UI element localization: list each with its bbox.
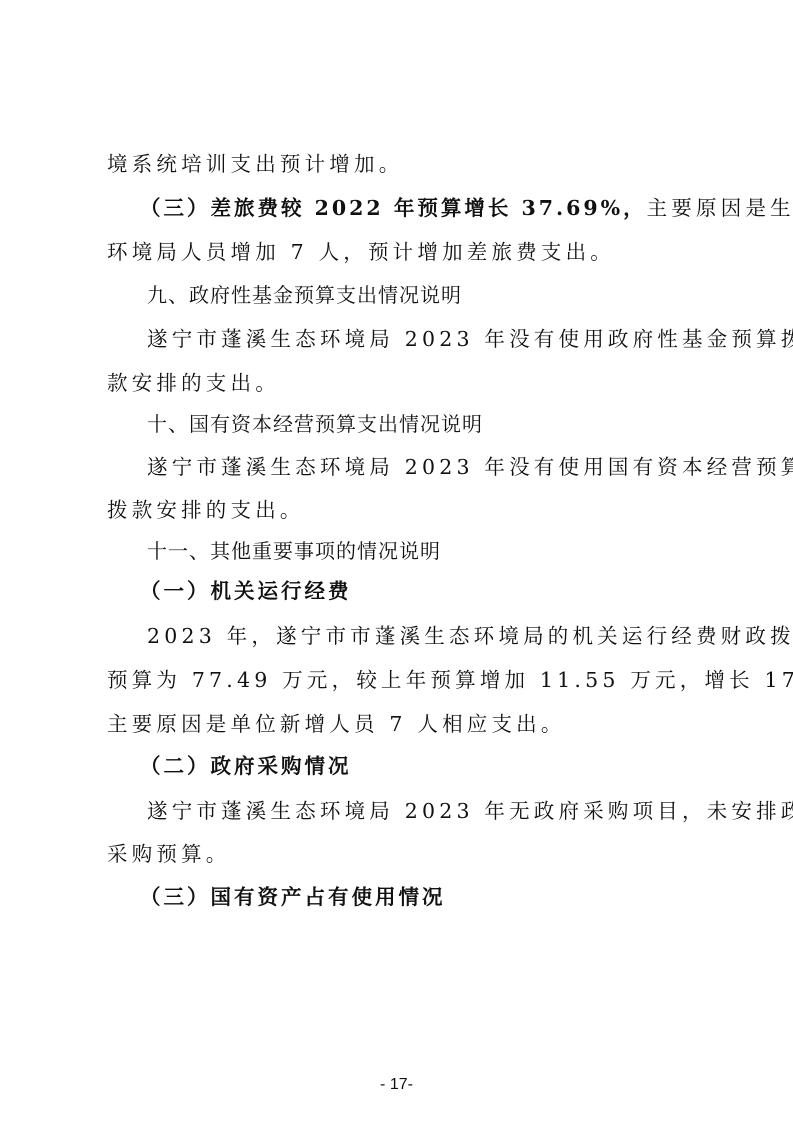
section-heading-10: 十、国有资本经营预算支出情况说明	[147, 410, 483, 438]
page-number: - 17-	[0, 1076, 793, 1094]
paragraph-line: 遂宁市蓬溪生态环境局 2023 年没有使用国有资本经营预算	[147, 453, 793, 481]
paragraph-line: 主要原因是单位新增人员 7 人相应支出。	[107, 710, 566, 738]
paragraph-line: 环境局人员增加 7 人，预计增加差旅费支出。	[107, 238, 615, 266]
subheading-bold-text: （三）差旅费较 2022 年预算增长 37.69%，	[140, 196, 647, 220]
subheading-operating-funds: （一）机关运行经费	[140, 577, 352, 605]
paragraph-line: 采购预算。	[107, 840, 231, 868]
section-heading-11: 十一、其他重要事项的情况说明	[147, 537, 441, 565]
paragraph-line: 2023 年，遂宁市市蓬溪生态环境局的机关运行经费财政拨款	[147, 622, 793, 650]
paragraph-line: 款安排的支出。	[107, 369, 280, 397]
paragraph-line: 预算为 77.49 万元，较上年预算增加 11.55 万元，增长 17.52%，	[107, 666, 793, 694]
subheading-travel-expense: （三）差旅费较 2022 年预算增长 37.69%，主要原因是生态	[140, 194, 793, 222]
paragraph-line: 遂宁市蓬溪生态环境局 2023 年无政府采购项目，未安排政府	[147, 797, 793, 825]
subheading-state-assets: （三）国有资产占有使用情况	[140, 883, 446, 911]
document-page: 境系统培训支出预计增加。 （三）差旅费较 2022 年预算增长 37.69%，主…	[0, 0, 793, 1122]
paragraph-line: 境系统培训支出预计增加。	[107, 150, 403, 178]
subheading-procurement: （二）政府采购情况	[140, 752, 352, 780]
paragraph-line: 遂宁市蓬溪生态环境局 2023 年没有使用政府性基金预算拨	[147, 325, 793, 353]
subheading-continuation: 主要原因是生态	[647, 196, 793, 220]
section-heading-9: 九、政府性基金预算支出情况说明	[147, 281, 462, 309]
paragraph-line: 拨款安排的支出。	[107, 496, 305, 524]
